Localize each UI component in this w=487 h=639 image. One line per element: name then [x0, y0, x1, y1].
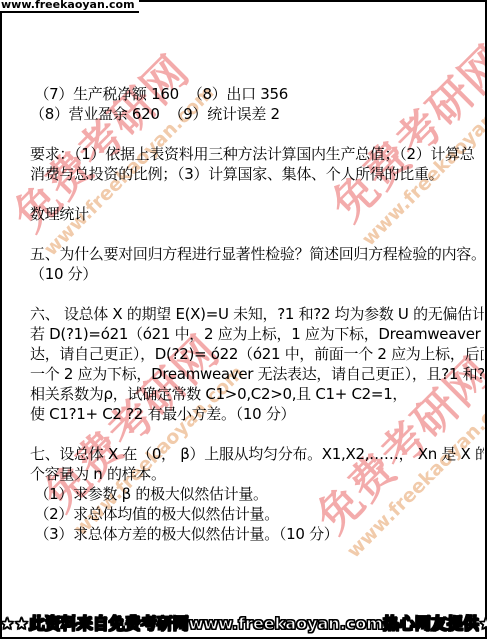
text-line: （2）求总体均值的极大似然估计量。: [30, 504, 484, 524]
text-line: [30, 124, 484, 144]
text-line: 个容量为 n 的样本。: [30, 464, 484, 484]
text-line: [30, 184, 484, 204]
text-line: （8）营业盈余 620 （9）统计误差 2: [30, 104, 484, 124]
text-line: 相关系数为ρ，试确定常数 C1>0,C2>0,且 C1+ C2=1，: [30, 384, 484, 404]
document-page: 免费考研网 www.freekaoyan.com 免费考研网 www.freek…: [0, 0, 487, 639]
text-line: 数理统计: [30, 204, 484, 224]
text-line: 一个 2 应为下标，Dreamweaver 无法表达，请自己更正），且?1 和?…: [30, 364, 484, 384]
text-line: 消费与总投资的比例；（3）计算国家、集体、个人所得的比重。: [30, 164, 484, 184]
footer-credit: ★★此资料来自免费考研网www.freekaoyan.com热心网友提供★★: [0, 611, 487, 634]
document-body: （7）生产税净额 160 （8）出口 356（8）营业盈余 620 （9）统计误…: [30, 24, 484, 544]
text-line: （7）生产税净额 160 （8）出口 356: [30, 84, 484, 104]
text-line: [30, 424, 484, 444]
text-line: （1）求参数 β 的极大似然估计量。: [30, 484, 484, 504]
text-line: 七、设总体 X 在（0， β）上服从均匀分布。X1,X2,……， Xn 是 X …: [30, 444, 484, 464]
text-line: （3）求总体方差的极大似然估计量。（10 分）: [30, 524, 484, 544]
text-line: 达，请自己更正），D(?2)= ó22（ó21 中，前面一个 2 应为上标，后面: [30, 344, 484, 364]
text-line: 五、为什么要对回归方程进行显著性检验？简述回归方程检验的内容。: [30, 244, 484, 264]
text-line: 使 C1?1+ C2 ?2 有最小方差。（10 分）: [30, 404, 484, 424]
text-line: [30, 284, 484, 304]
site-url-label: www.freekaoyan.com: [0, 0, 139, 13]
text-line: [30, 224, 484, 244]
text-line: 六、 设总体 X 的期望 E(X)=U 未知，?1 和?2 均为参数 U 的无偏…: [30, 304, 484, 324]
text-line: （10 分）: [30, 264, 484, 284]
text-line: 若 D(?1)=ó21（ó21 中，2 应为上标，1 应为下标，Dreamwea…: [30, 324, 484, 344]
text-line: 要求：（1）依据上表资料用三种方法计算国内生产总值；（2）计算总: [30, 144, 484, 164]
